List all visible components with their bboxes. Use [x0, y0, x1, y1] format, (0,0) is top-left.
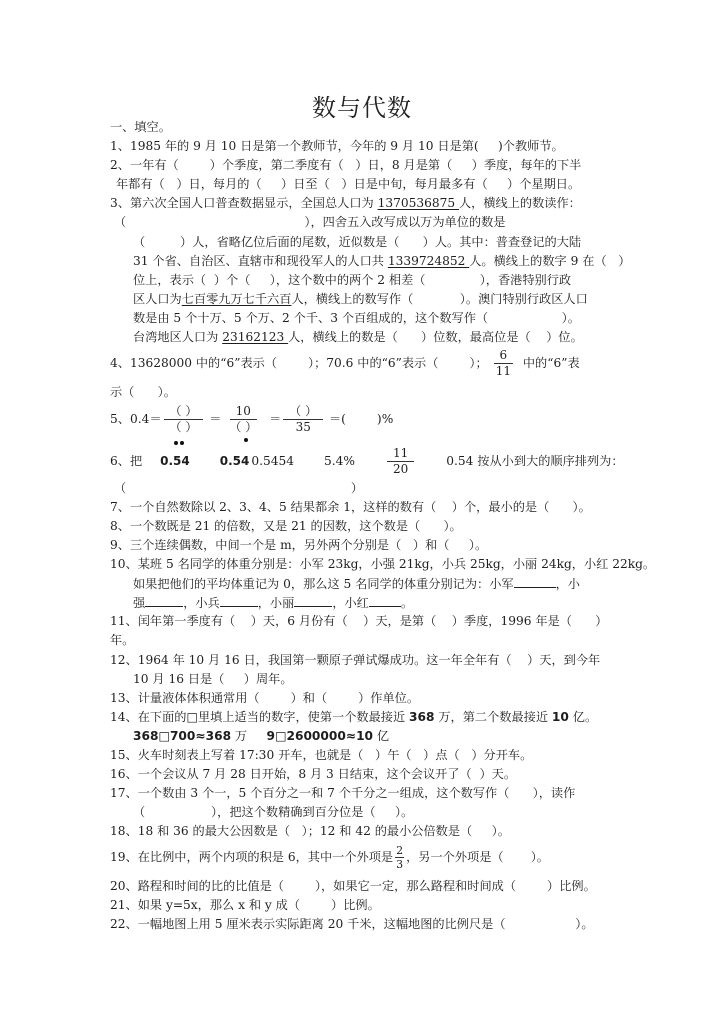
question-4-line-1: 4、13628000 中的“6”表示（ ）；70.6 中的“6”表示（ ）；61…	[110, 348, 580, 379]
question-11-line-2: 年。	[110, 632, 134, 648]
text: 亿	[373, 729, 389, 743]
question-3-line-5: 位上，表示（ ）个（ ），这个数中的两个 2 相差（ ），香港特别行政	[133, 272, 571, 288]
question-12-line-1: 12、1964 年 10 月 16 日，我国第一颗原子弹试爆成功。这一年全年有（…	[110, 652, 600, 668]
text: 5、0.4＝	[110, 412, 162, 426]
text: ，小	[556, 577, 580, 591]
numerator: （ ）	[164, 404, 204, 420]
text: ＝( )%	[329, 412, 393, 426]
numerator: 11	[387, 446, 414, 462]
text: 人。横线上的数字 9 在（ ）	[469, 254, 630, 268]
question-16: 16、一个会议从 7 月 28 日开始，8 月 3 日结束，这个会议开了（ ）天…	[110, 766, 516, 782]
question-21: 21、如果 y=5x，那么 x 和 y 成（ ）比例。	[110, 897, 380, 913]
text: 强	[133, 596, 145, 610]
text: 如果把他们的平均体重记为 0，那么这 5 名同学的体重分别记为：小军	[133, 577, 514, 591]
value: 0.54	[160, 454, 190, 468]
question-15: 15、火车时刻表上写着 17:30 开车，也就是（ ）午（ ）点（ ）分开车。	[110, 747, 532, 763]
numerator: 6	[494, 348, 514, 364]
text: ，小丽	[258, 596, 295, 610]
question-3-line-7: 数是由 5 个十万、5 个万、2 个千、3 个百组成的，这个数写作（ ）。	[133, 310, 580, 326]
question-22: 22、一幅地图上用 5 厘米表示实际距离 20 千米，这幅地图的比例尺是（ ）。	[110, 916, 594, 932]
text: 19、在比例中，两个内项的积是 6，其中一个外项是	[110, 850, 393, 864]
text: 0.54 按从小到大的顺序排列为：	[446, 454, 623, 468]
question-6-line-1: 6、把0.540.540.54545.4%11200.54 按从小到大的顺序排列…	[110, 446, 624, 477]
question-4-line-2: 示（ ）。	[110, 384, 176, 400]
question-20: 20、路程和时间的比的比值是（ ），如果它一定，那么路程和时间成（ ）比例。	[110, 878, 596, 894]
page-title: 数与代数	[0, 88, 724, 123]
underlined-number: 23162123	[222, 330, 288, 344]
question-14-line-1: 14、在下面的□里填上适当的数字，使第一个数最接近 368 万，第二个数最接近 …	[110, 709, 597, 725]
numerator: 10	[230, 404, 257, 420]
denominator: （ ）	[164, 420, 204, 435]
text: 4、13628000 中的“6”表示（ ）；70.6 中的“6”表示（ ）；	[110, 356, 488, 370]
text: 6、把	[110, 454, 142, 468]
value: 0.5454	[251, 454, 294, 468]
question-10-line-1: 10、某班 5 名同学的体重分别是：小军 23kg，小强 21kg，小兵 25k…	[110, 556, 655, 572]
fraction-2: 10（ ）	[223, 404, 263, 435]
question-3-line-3: （ ）人，省略亿位后面的尾数，近似数是（ ）人。其中：普查登记的大陆	[133, 234, 581, 250]
text: ，另一个外项是（ ）。	[406, 850, 549, 864]
fraction: 23	[395, 844, 404, 871]
fraction-1: （ ）（ ）	[164, 404, 204, 435]
text: 14、在下面的□里填上适当的数字，使第一个数最接近	[110, 710, 409, 724]
underlined-number: 1339724852	[388, 254, 469, 268]
denominator: 20	[387, 462, 414, 477]
text: ，小兵	[183, 596, 220, 610]
repeat-dot-icon	[174, 441, 178, 445]
question-17-line-1: 17、一个数由 3 个一，5 个百分之一和 7 个千分之一组成，这个数写作（ ）…	[110, 785, 575, 801]
answer-blank	[514, 575, 556, 588]
question-10-line-2: 如果把他们的平均体重记为 0，那么这 5 名同学的体重分别记为：小军，小	[133, 575, 580, 592]
question-7: 7、一个自然数除以 2、3、4、5 结果都余 1，这样的数有（ ）个，最小的是（…	[110, 499, 591, 515]
question-11-line-1: 11、闰年第一季度有（ ）天，6 月份有（ ）天，是第（ ）季度，1996 年是…	[110, 613, 607, 629]
denominator: 3	[395, 858, 404, 871]
question-3-line-1: 3、第六次全国人口普查数据显示，全国总人口为 1370536875 人，横线上的…	[110, 195, 581, 211]
question-19: 19、在比例中，两个内项的积是 6，其中一个外项是23，另一个外项是（ ）。	[110, 844, 549, 871]
question-18: 18、18 和 36 的最大公因数是（ ）；12 和 42 的最小公倍数是（ ）…	[110, 823, 510, 839]
text: 中的“6”表	[519, 356, 580, 370]
text: 31 个省、自治区、直辖市和现役军人的人口共	[133, 254, 388, 268]
document-page: 数与代数 一、填空。 1、1985 年的 9 月 10 日是第一个教师节，今年的…	[0, 0, 724, 1024]
bold-expression: 9□2600000≈10	[267, 729, 374, 743]
text: 区人口为	[133, 292, 182, 306]
answer-blank	[220, 594, 258, 607]
question-10-line-3: 强，小兵，小丽，小红。	[133, 594, 413, 611]
bold-number: 368	[409, 710, 434, 724]
question-2-line-2: 年都有（ ）日，每月的（ ）日至（ ）日是中旬，每月最多有（ ）个星期日。	[116, 176, 580, 192]
numerator: （ ）	[283, 404, 323, 420]
question-2-line-1: 2、一年有（ ）个季度，第二季度有（ ）日，8 月是第（ ）季度，每年的下半	[110, 157, 581, 173]
question-3-line-8: 台湾地区人口为 23162123 人，横线上的数是（ ）位数，最高位是（ ）位。	[133, 329, 583, 345]
text: 人，横线上的数是（ ）位数，最高位是（ ）位。	[288, 330, 583, 344]
text: 3、第六次全国人口普查数据显示，全国总人口为	[110, 196, 378, 210]
question-14-line-2: 368□700≈368 万 9□2600000≈10 亿	[133, 728, 389, 744]
answer-blank	[369, 594, 401, 607]
question-13: 13、计量液体体积通常用（ ）和（ ）作单位。	[110, 690, 419, 706]
bold-expression: 368□700≈368	[133, 729, 231, 743]
denominator: （ ）	[223, 420, 263, 435]
answer-blank	[294, 594, 332, 607]
bold-number: 10	[552, 710, 569, 724]
text: ，小红	[332, 596, 369, 610]
question-6-line-2: （ ）	[114, 480, 363, 496]
value: 0.54	[220, 454, 250, 468]
text: 人，横线上的数读作：	[459, 196, 581, 210]
answer-blank	[145, 594, 183, 607]
fraction: 611	[490, 348, 517, 379]
repeat-dot-icon	[180, 441, 184, 445]
text: 亿。	[569, 710, 597, 724]
denominator: 11	[490, 364, 517, 379]
repeat-dot-icon	[244, 438, 248, 442]
repeating-decimal-2: 0.54	[220, 446, 250, 476]
value: 5.4%	[324, 454, 355, 468]
text: 万，第二个数最接近	[434, 710, 551, 724]
repeating-decimal-1: 0.54	[160, 446, 190, 476]
question-3-line-4: 31 个省、自治区、直辖市和现役军人的人口共 1339724852 人。横线上的…	[133, 253, 630, 269]
question-3-line-2: （ ），四舍五入改写成以万为单位的数是	[114, 214, 505, 230]
text: 人，横线上的数写作（ ）。澳门特别行政区人口	[291, 292, 587, 306]
question-5: 5、0.4＝（ ）（ ） ＝10（ ） ＝（ ）35 ＝( )%	[110, 404, 393, 435]
text: 。	[401, 596, 413, 610]
question-1: 1、1985 年的 9 月 10 日是第一个教师节，今年的 9 月 10 日是第…	[110, 138, 564, 154]
question-17-line-2: （ ），把这个数精确到百分位是（ ）。	[133, 804, 413, 820]
underlined-number: 七百零九万七千六百	[182, 292, 292, 306]
question-8: 8、一个数既是 21 的倍数，又是 21 的因数，这个数是（ ）。	[110, 518, 462, 534]
numerator: 2	[395, 844, 404, 858]
text: 台湾地区人口为	[133, 330, 222, 344]
question-3-line-6: 区人口为七百零九万七千六百人，横线上的数写作（ ）。澳门特别行政区人口	[133, 291, 588, 307]
section-heading: 一、填空。	[110, 119, 171, 135]
denominator: 35	[290, 420, 317, 435]
question-12-line-2: 10 月 16 日是（ ）周年。	[133, 671, 293, 687]
question-9: 9、三个连续偶数，中间一个是 m，另外两个分别是（ ）和（ ）。	[110, 537, 487, 553]
underlined-number: 1370536875	[378, 196, 459, 210]
text: 万	[231, 729, 266, 743]
fraction: 1120	[387, 446, 414, 477]
fraction-3: （ ）35	[283, 404, 323, 435]
